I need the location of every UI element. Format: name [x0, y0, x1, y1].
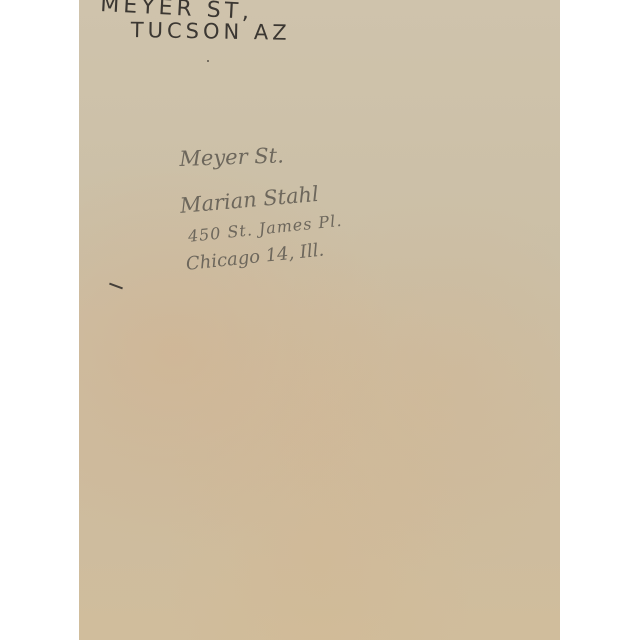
center-note-name: Marian Stahl — [179, 182, 320, 218]
center-note-address-2: Chicago 14, Ill. — [185, 239, 325, 274]
paper-sheet: MEYER ST, TUCSON AZ Meyer St. Marian Sta… — [79, 0, 560, 640]
center-note-title: Meyer St. — [179, 143, 284, 171]
pencil-dot — [207, 60, 209, 62]
pencil-dash-mark — [109, 283, 123, 290]
top-note-city: TUCSON AZ — [131, 18, 291, 45]
